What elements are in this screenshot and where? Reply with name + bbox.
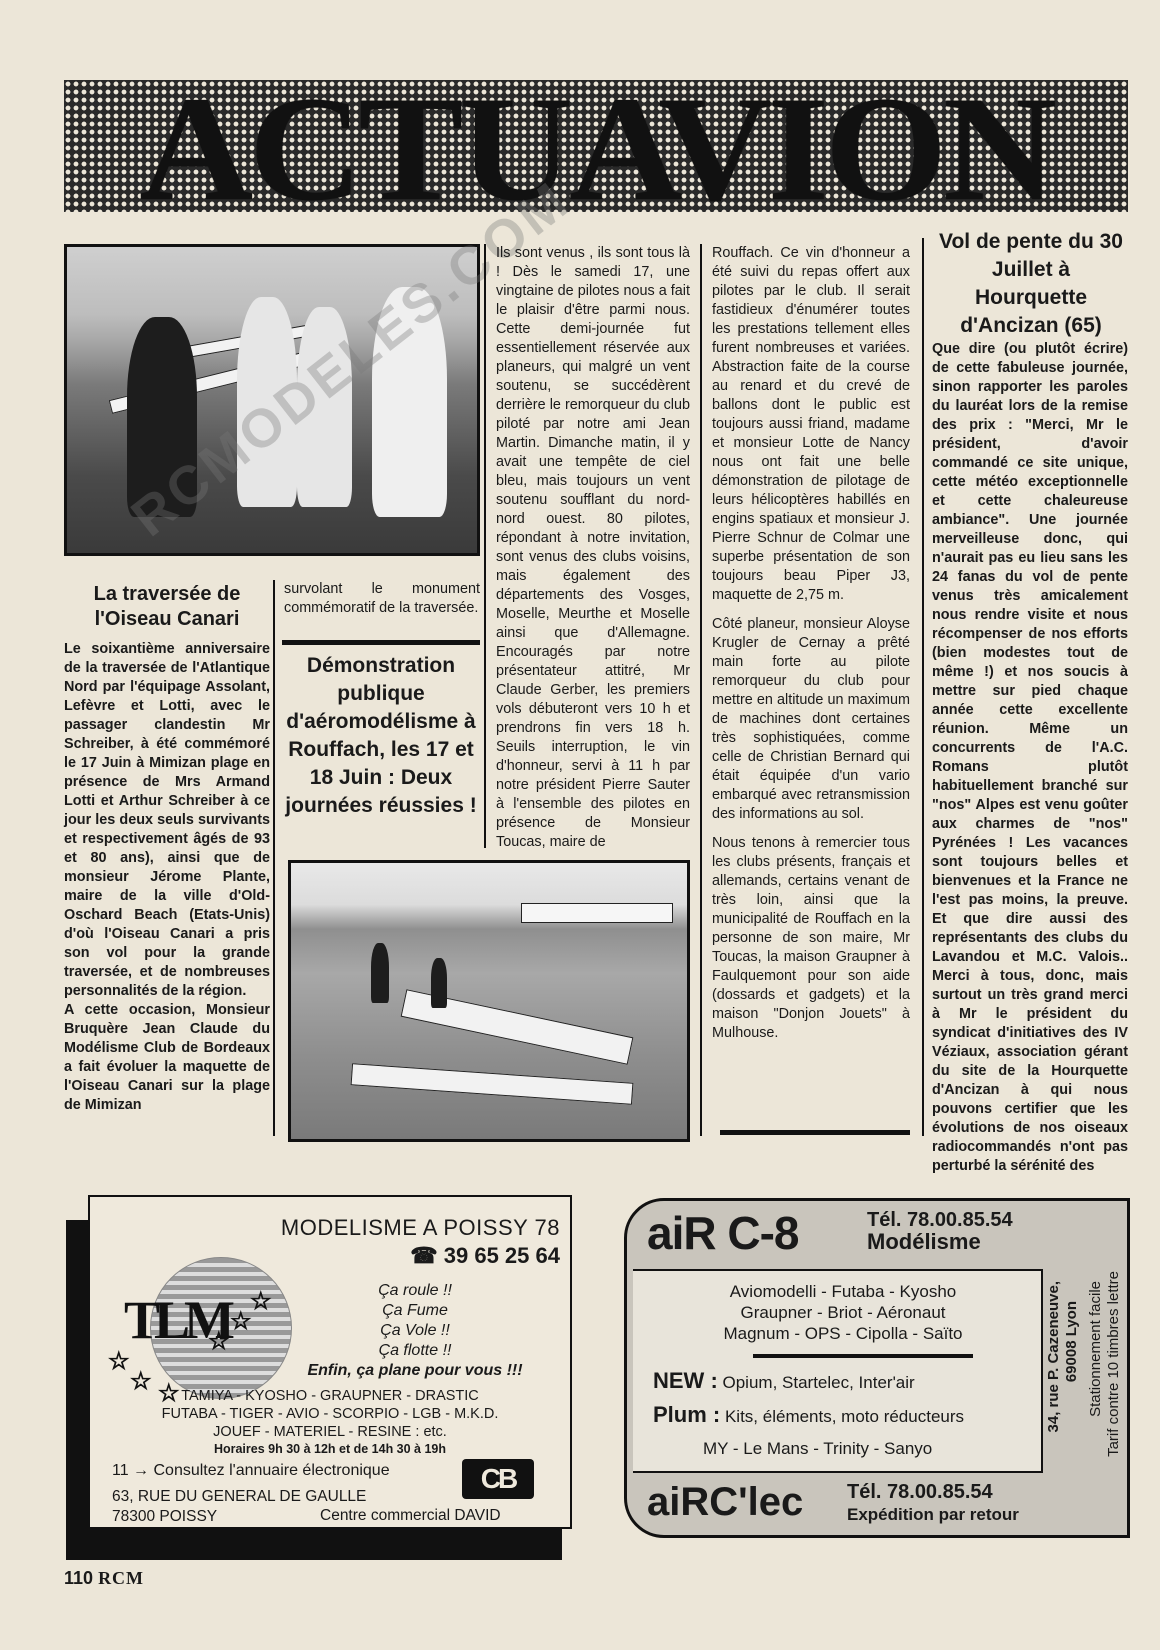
article-canari-col1: Le soixantième anniversaire de la traver…	[64, 640, 270, 1115]
photo-oiseau-canari-model	[64, 244, 480, 556]
subtitle: Modélisme	[867, 1231, 1013, 1253]
airc8-product-box: Aviomodelli - Futaba - Kyosho Graupner -…	[633, 1269, 1043, 1473]
headline-pente: Vol de pente du 30 Juillet à Hourquette …	[936, 228, 1126, 340]
paragraph: Rouffach. Ce vin d'honneur a été suivi d…	[712, 244, 910, 605]
magazine-name: RCM	[98, 1568, 144, 1588]
ad-brands: TAMIYA - KYOSHO - GRAUPNER - DRASTIC FUT…	[100, 1387, 560, 1441]
ad-phone: ☎ 39 65 25 64	[330, 1243, 560, 1269]
ad-minitel: 11 → Consultez l'annuaire électronique	[112, 1462, 390, 1480]
airclec-logo: aiRC'lec	[647, 1477, 803, 1527]
brand-list: Aviomodelli - Futaba - Kyosho Graupner -…	[673, 1281, 1013, 1344]
paragraph: A cette occasion, Monsieur Bruquère Jean…	[64, 1001, 270, 1115]
logo-prefix: ai	[647, 1207, 683, 1259]
slogan: Ça roule !!	[280, 1281, 550, 1301]
logo-prefix: ai	[647, 1480, 680, 1524]
brand-line: JOUEF - MATERIEL - RESINE : etc.	[100, 1423, 560, 1441]
star-icon: ☆	[208, 1327, 230, 1356]
phone-number: 39 65 25 64	[444, 1243, 560, 1268]
side-note: Tarif contre 10 timbres lettre	[1105, 1271, 1123, 1457]
other-brands: MY - Le Mans - Trinity - Sanyo	[653, 1433, 964, 1465]
ad-tlm-poissy: MODELISME A POISSY 78 ☎ 39 65 25 64 TLM …	[88, 1195, 572, 1529]
paragraph: Ils sont venus , ils sont tous là ! Dès …	[496, 244, 690, 852]
column-divider	[922, 238, 924, 1136]
new-items: NEW : Opium, Startelec, Inter'air Plum :…	[653, 1365, 964, 1465]
brand-line: TAMIYA - KYOSHO - GRAUPNER - DRASTIC	[100, 1387, 560, 1405]
ad-title: MODELISME A POISSY 78	[230, 1215, 560, 1241]
star-icon: ☆	[108, 1347, 130, 1376]
logo-main: R C-8	[683, 1207, 798, 1259]
person-figure	[237, 297, 297, 507]
masthead-title: ACTUAVION	[64, 80, 1128, 212]
ad-airc8: aiR C-8 Tél. 78.00.85.54 Modélisme Aviom…	[624, 1198, 1130, 1538]
brand-line: Aviomodelli - Futaba - Kyosho	[673, 1281, 1013, 1302]
paragraph: Côté planeur, monsieur Aloyse Krugler de…	[712, 615, 910, 824]
airc8-side-info: 34, rue P. Cazeneuve, 69008 Lyon Station…	[1043, 1271, 1123, 1471]
ad-hours: Horaires 9h 30 à 12h et de 14h 30 à 19h	[100, 1442, 560, 1456]
article-end-rule	[720, 1130, 910, 1135]
logo-main: RC'	[680, 1480, 747, 1524]
page-number: 110	[64, 1568, 93, 1588]
plum-label: Plum :	[653, 1402, 720, 1427]
headline-rouffach: Démonstration publique d'aéromodélisme à…	[282, 652, 480, 820]
ad-center: Centre commercial DAVID	[320, 1507, 501, 1525]
article-rouffach-col3: Ils sont venus , ils sont tous là ! Dès …	[496, 244, 690, 852]
slogan: Ça Fume	[280, 1301, 550, 1321]
paragraph: Le soixantième anniversaire de la traver…	[64, 640, 270, 1001]
column-divider	[273, 580, 275, 1136]
airc8-contact: Tél. 78.00.85.54 Modélisme	[867, 1209, 1013, 1253]
slogan: Enfin, ça plane pour vous !!!	[280, 1361, 550, 1381]
airclec-phone: Tél. 78.00.85.54	[847, 1481, 993, 1503]
airc8-logo: aiR C-8	[647, 1207, 799, 1259]
person-figure	[372, 287, 447, 517]
brand-line: Graupner - Briot - Aéronaut	[673, 1302, 1013, 1323]
phone-number: Tél. 78.00.85.54	[867, 1209, 1013, 1231]
column-divider	[484, 244, 486, 848]
divider	[753, 1354, 973, 1358]
star-icon: ☆	[230, 1307, 252, 1336]
article-rouffach-col4: Rouffach. Ce vin d'honneur a été suivi d…	[712, 244, 910, 1043]
airclec-shipping: Expédition par retour	[847, 1505, 1019, 1525]
brand-line: FUTABA - TIGER - AVIO - SCORPIO - LGB - …	[100, 1405, 560, 1423]
section-divider	[282, 640, 480, 645]
tent	[521, 903, 673, 923]
plum-items-text: Kits, éléments, moto réducteurs	[725, 1407, 964, 1426]
slogan: Ça flotte !!	[280, 1341, 550, 1361]
address-line: 34, rue P. Cazeneuve,	[1045, 1281, 1063, 1432]
paragraph: Que dire (ou plutôt écrire) de cette fab…	[932, 340, 1128, 1176]
column-divider	[700, 244, 702, 1136]
masthead-banner: ACTUAVION	[64, 80, 1128, 212]
star-icon: ☆	[250, 1287, 272, 1316]
cb-logo: CB	[462, 1459, 534, 1499]
ad-slogans: Ça roule !! Ça Fume Ça Vole !! Ça flotte…	[280, 1281, 550, 1381]
logo-suffix: lec	[748, 1480, 804, 1524]
photo-rouffach-airfield	[288, 860, 690, 1142]
brand-line: Magnum - OPS - Cipolla - Saïto	[673, 1323, 1013, 1344]
telephone-icon: ☎	[410, 1243, 444, 1268]
page-folio: 110 RCM	[64, 1568, 144, 1589]
slogan: Ça Vole !!	[280, 1321, 550, 1341]
person-figure	[371, 943, 389, 1003]
person-figure	[431, 958, 447, 1008]
paragraph: Nous tenons à remercier tous les clubs p…	[712, 834, 910, 1043]
paragraph: survolant le monument commémoratif de la…	[284, 580, 480, 618]
address-line: 69008 Lyon	[1063, 1301, 1081, 1382]
person-figure	[127, 317, 197, 517]
airliner-model	[351, 1063, 634, 1105]
side-note: Stationnement facile	[1087, 1281, 1105, 1417]
address-line: 63, RUE DU GENERAL DE GAULLE	[112, 1487, 366, 1507]
headline-canari: La traversée de l'Oiseau Canari	[64, 582, 270, 632]
new-items-text: Opium, Startelec, Inter'air	[723, 1373, 915, 1392]
article-pente-body: Que dire (ou plutôt écrire) de cette fab…	[932, 340, 1128, 1176]
new-label: NEW :	[653, 1368, 718, 1393]
person-figure	[297, 307, 352, 507]
article-canari-col2: survolant le monument commémoratif de la…	[284, 580, 480, 618]
